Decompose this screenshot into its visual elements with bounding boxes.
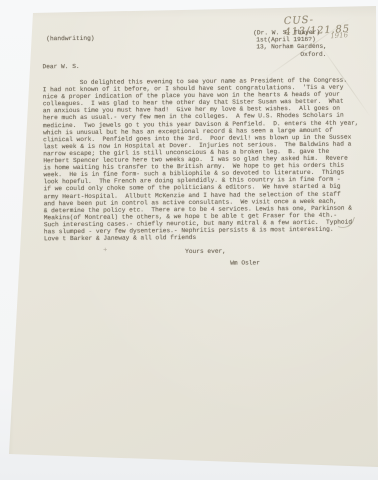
handwriting-note: (handwriting) — [46, 35, 94, 43]
letter-page: CUS-413/121.85 (handwriting) (Dr. W. S. … — [0, 0, 378, 480]
letter-content: CUS-413/121.85 (handwriting) (Dr. W. S. … — [0, 0, 378, 480]
address-line-2: Oxford. — [300, 50, 326, 57]
handwritten-year-annotation: 1916 — [330, 31, 348, 40]
pencil-mark: + — [103, 247, 107, 255]
closing-line: Yours ever, — [185, 248, 226, 255]
letter-body: So delighted this evening to see your na… — [43, 77, 360, 243]
salutation: Dear W. S. — [42, 63, 79, 70]
scanned-document-view: CUS-413/121.85 (handwriting) (Dr. W. S. … — [0, 0, 378, 480]
signature: Wm Osler — [230, 259, 260, 266]
